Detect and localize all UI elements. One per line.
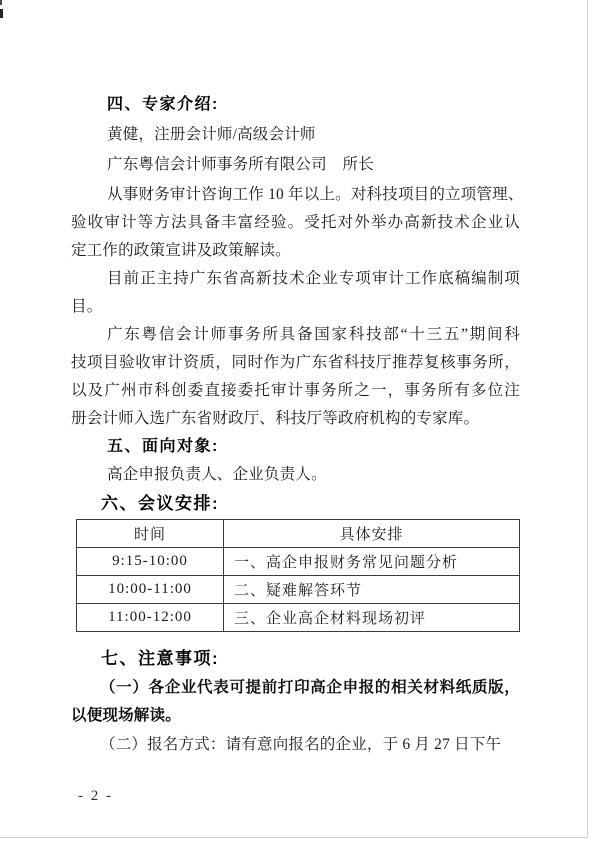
text-line: 册会计师入选广东省财政厅、科技厅等政府机构的专家库。 [71,405,520,433]
paragraph-firm-qualifications: 广东粤信会计师事务所具备国家科技部“十三五”期间科技项目验收审计资质，同时作为广… [71,321,520,433]
page-edge-line-right [587,0,588,838]
schedule-time-cell: 11:00-12:00 [77,604,224,632]
text-line: 以及广州市科创委直接委托审计事务所之一，事务所有多位注 [71,377,520,405]
schedule-header-cell: 具体安排 [224,520,520,548]
paragraph-expert-experience: 从事财务审计咨询工作 10 年以上。对科技项目的立项管理、验收审计等方法具备丰富… [71,181,520,265]
text-line: 定工作的政策宣讲及政策解读。 [71,237,520,265]
text-line: 广东粤信会计师事务所具备国家科技部“十三五”期间科 [71,321,520,349]
text-line: 目。 [71,293,520,321]
paragraph-audience: 高企申报负责人、企业负责人。 [71,461,520,489]
page-number: - 2 - [78,786,113,806]
schedule-row: 11:00-12:00三、企业高企材料现场初评 [77,604,520,632]
text-line: 黄健，注册会计师/高级会计师 [71,121,520,149]
paragraph-expert-firm: 广东粤信会计师事务所有限公司 所长 [71,151,520,179]
text-line: 广东粤信会计师事务所有限公司 所长 [71,151,520,179]
schedule-time-cell: 9:15-10:00 [77,548,224,576]
page-edge-line-bottom [0,837,588,838]
paragraph-note-print-materials: （一）各企业代表可提前打印高企申报的相关材料纸质版，以便现场解读。 [71,674,520,730]
text-line: 技项目验收审计资质，同时作为广东省科技厅推荐复核事务所， [71,349,520,377]
section-heading-schedule: 六、会议安排: [71,490,520,518]
schedule-item-cell: 二、疑难解答环节 [224,576,520,604]
schedule-time-cell: 10:00-11:00 [77,576,224,604]
paragraph-expert-name: 黄健，注册会计师/高级会计师 [71,121,520,149]
scan-artifact-top-left [0,0,2,5]
document-page: 四、专家介绍: 黄健，注册会计师/高级会计师 广东粤信会计师事务所有限公司 所长… [0,0,596,843]
text-line: （二）报名方式：请有意向报名的企业，于 6 月 27 日下午 [71,731,520,759]
section-heading-notes: 七、注意事项: [71,645,520,673]
text-line: 以便现场解读。 [71,702,520,730]
schedule-row: 10:00-11:00二、疑难解答环节 [77,576,520,604]
schedule-item-cell: 三、企业高企材料现场初评 [224,604,520,632]
section-heading-experts: 四、专家介绍: [71,91,520,119]
schedule-row: 9:15-10:00一、高企申报财务常见问题分析 [77,548,520,576]
schedule-item-cell: 一、高企申报财务常见问题分析 [224,548,520,576]
text-line: 目前正主持广东省高新技术企业专项审计工作底稿编制项 [71,265,520,293]
scan-artifact-left-edge [0,9,3,18]
paragraph-expert-current-project: 目前正主持广东省高新技术企业专项审计工作底稿编制项目。 [71,265,520,321]
section-heading-audience: 五、面向对象: [71,433,520,461]
text-line: 高企申报负责人、企业负责人。 [71,461,520,489]
text-line: （一）各企业代表可提前打印高企申报的相关材料纸质版， [71,674,520,702]
text-line: 从事财务审计咨询工作 10 年以上。对科技项目的立项管理、 [71,181,520,209]
text-line: 验收审计等方法具备丰富经验。受托对外举办高新技术企业认 [71,209,520,237]
paragraph-note-registration: （二）报名方式：请有意向报名的企业，于 6 月 27 日下午 [71,731,520,759]
schedule-table: 时间具体安排9:15-10:00一、高企申报财务常见问题分析10:00-11:0… [76,519,520,632]
schedule-header-row: 时间具体安排 [77,520,520,548]
schedule-header-cell: 时间 [77,520,224,548]
